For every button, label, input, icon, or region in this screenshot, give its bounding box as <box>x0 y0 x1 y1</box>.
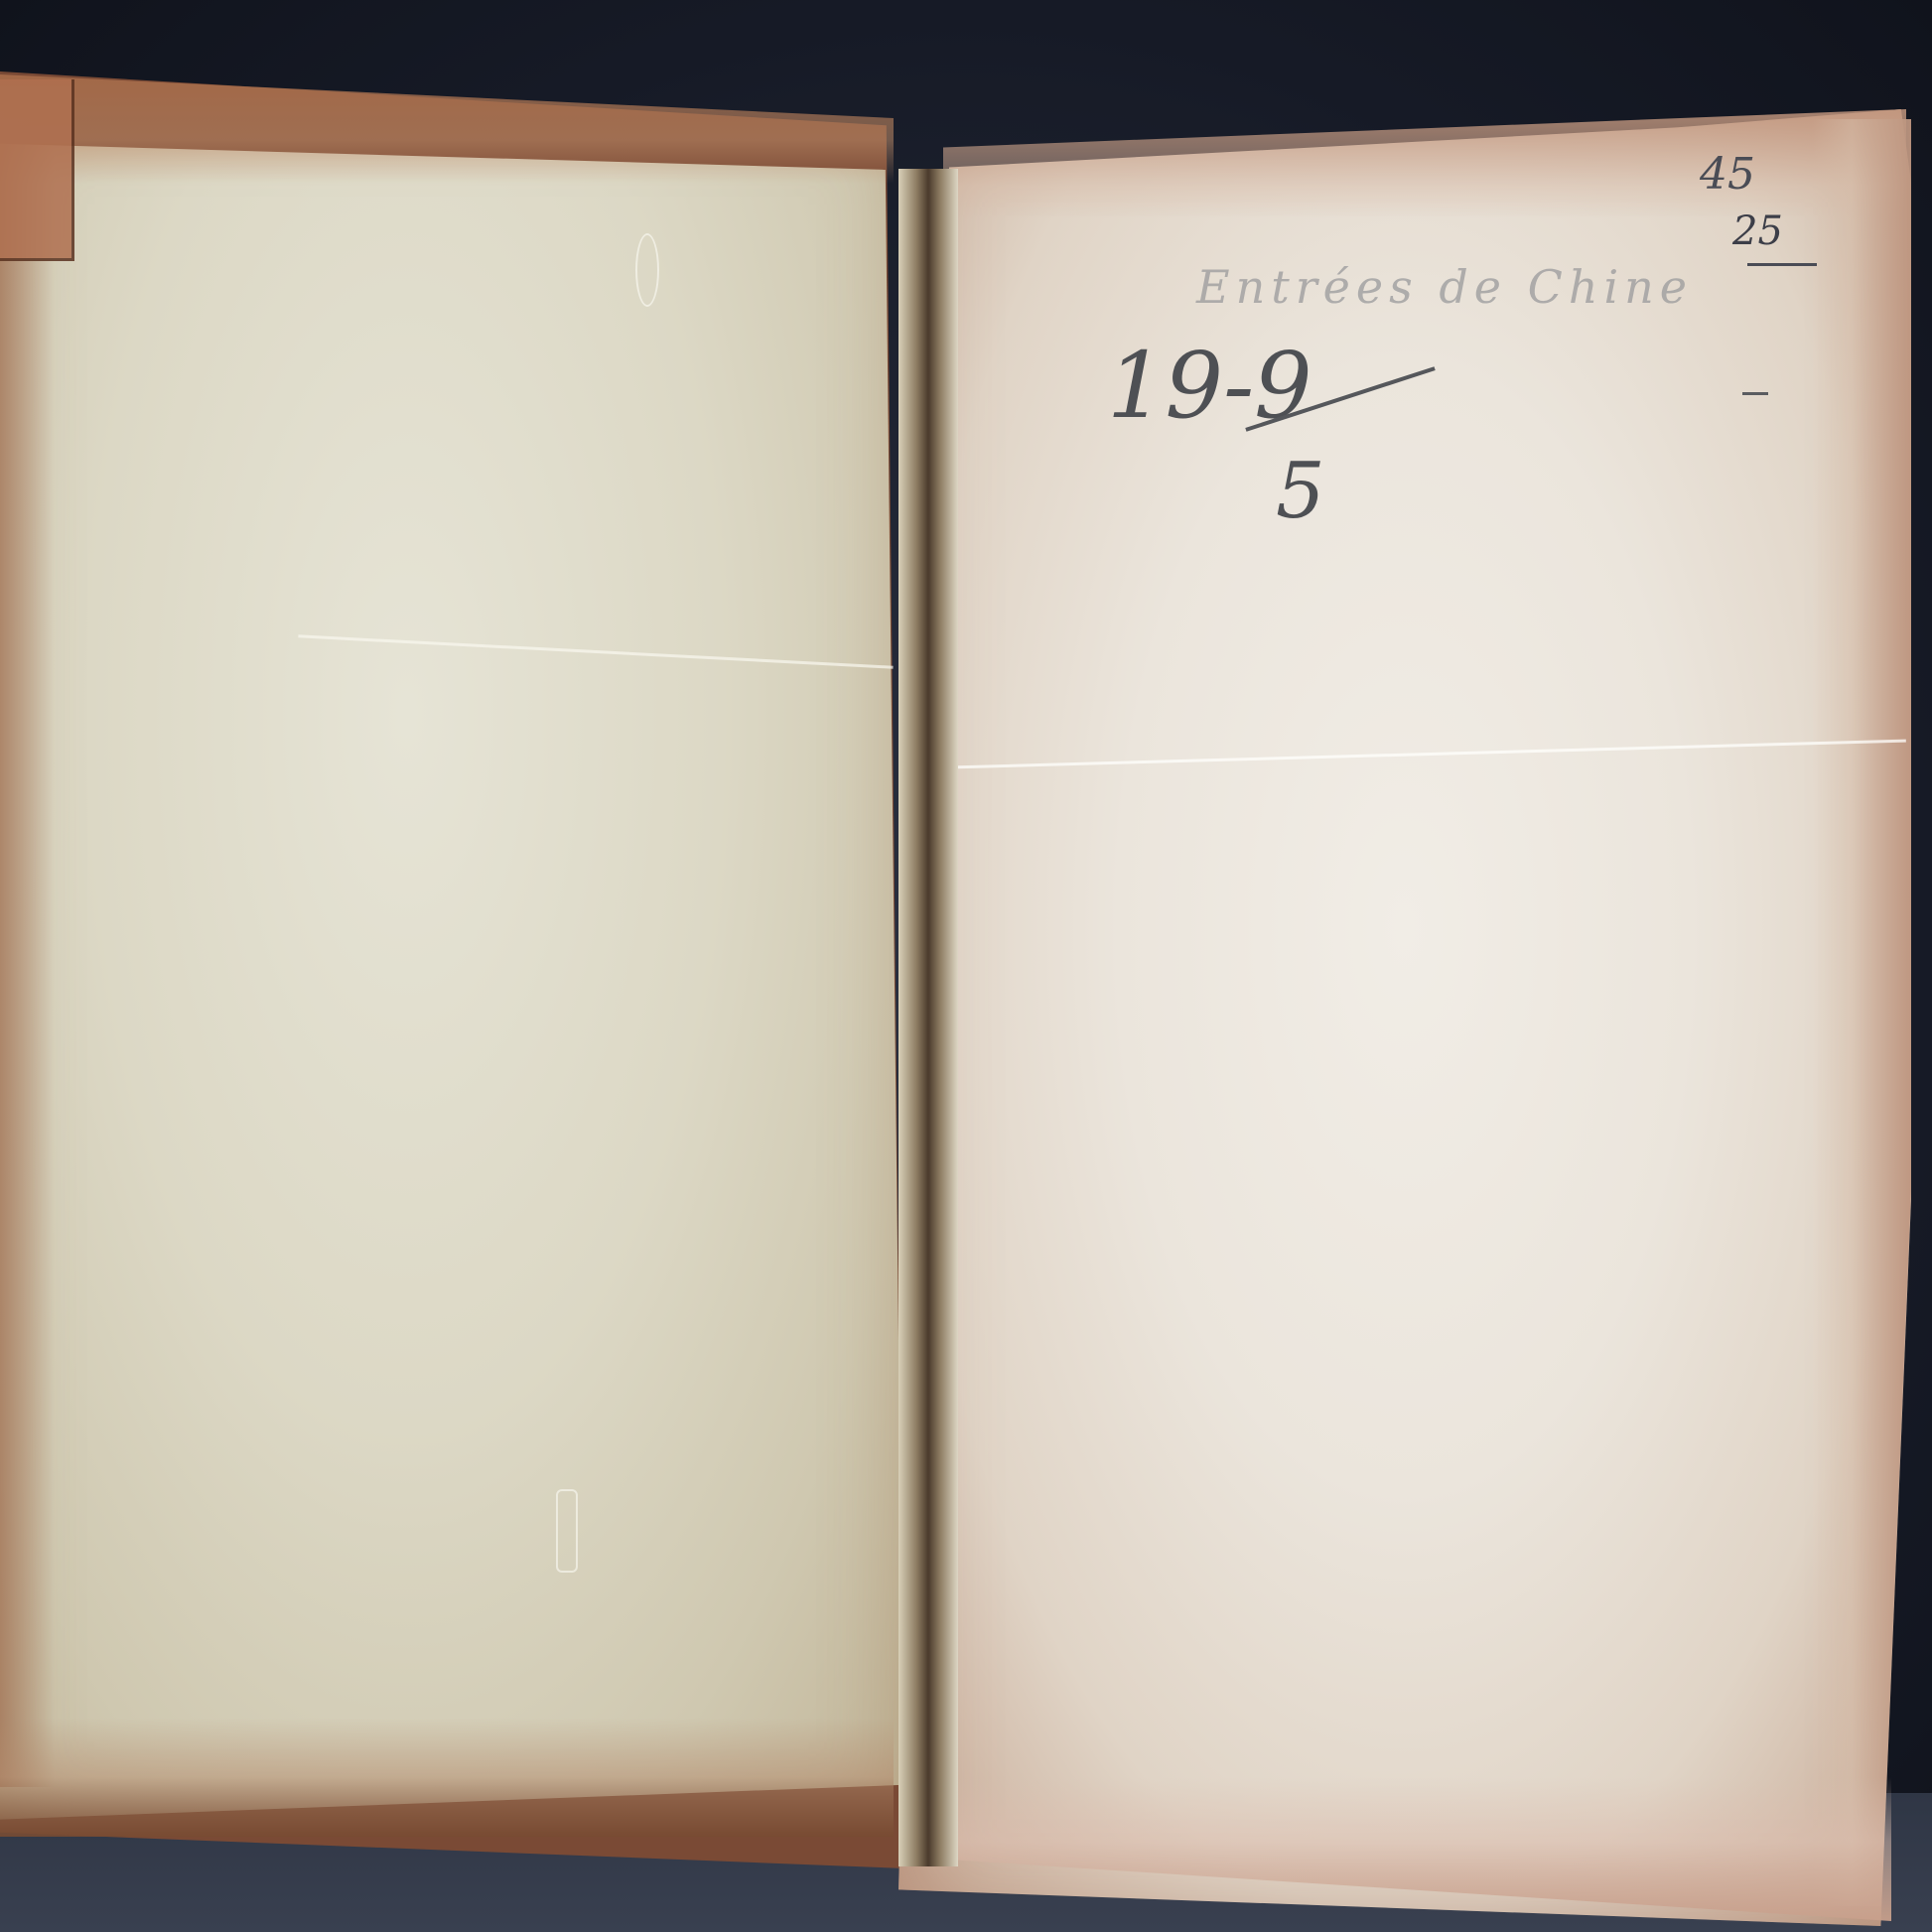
corner-pencil-underline <box>1747 263 1817 266</box>
pencil-shelfmark: 19-9 <box>1107 333 1312 439</box>
right-flyleaf-page <box>898 109 1911 1926</box>
faint-pencil-heading: Entrées de Chine <box>1196 260 1693 314</box>
corner-pencil-number-bottom: 25 <box>1732 208 1783 254</box>
book-gutter <box>898 169 958 1866</box>
left-page-emboss-mark <box>635 233 659 307</box>
corner-pencil-number-top: 45 <box>1700 149 1755 200</box>
left-pastedown-page <box>0 109 903 1837</box>
left-page-edge-stain <box>0 99 55 1787</box>
pencil-shelfmark-denominator: 5 <box>1276 447 1325 536</box>
left-leather-turn-in <box>0 79 74 261</box>
left-page-bottom-stain <box>0 1718 894 1837</box>
left-page-emboss-mark-lower <box>556 1489 578 1573</box>
pencil-dash-mark <box>1742 392 1768 395</box>
